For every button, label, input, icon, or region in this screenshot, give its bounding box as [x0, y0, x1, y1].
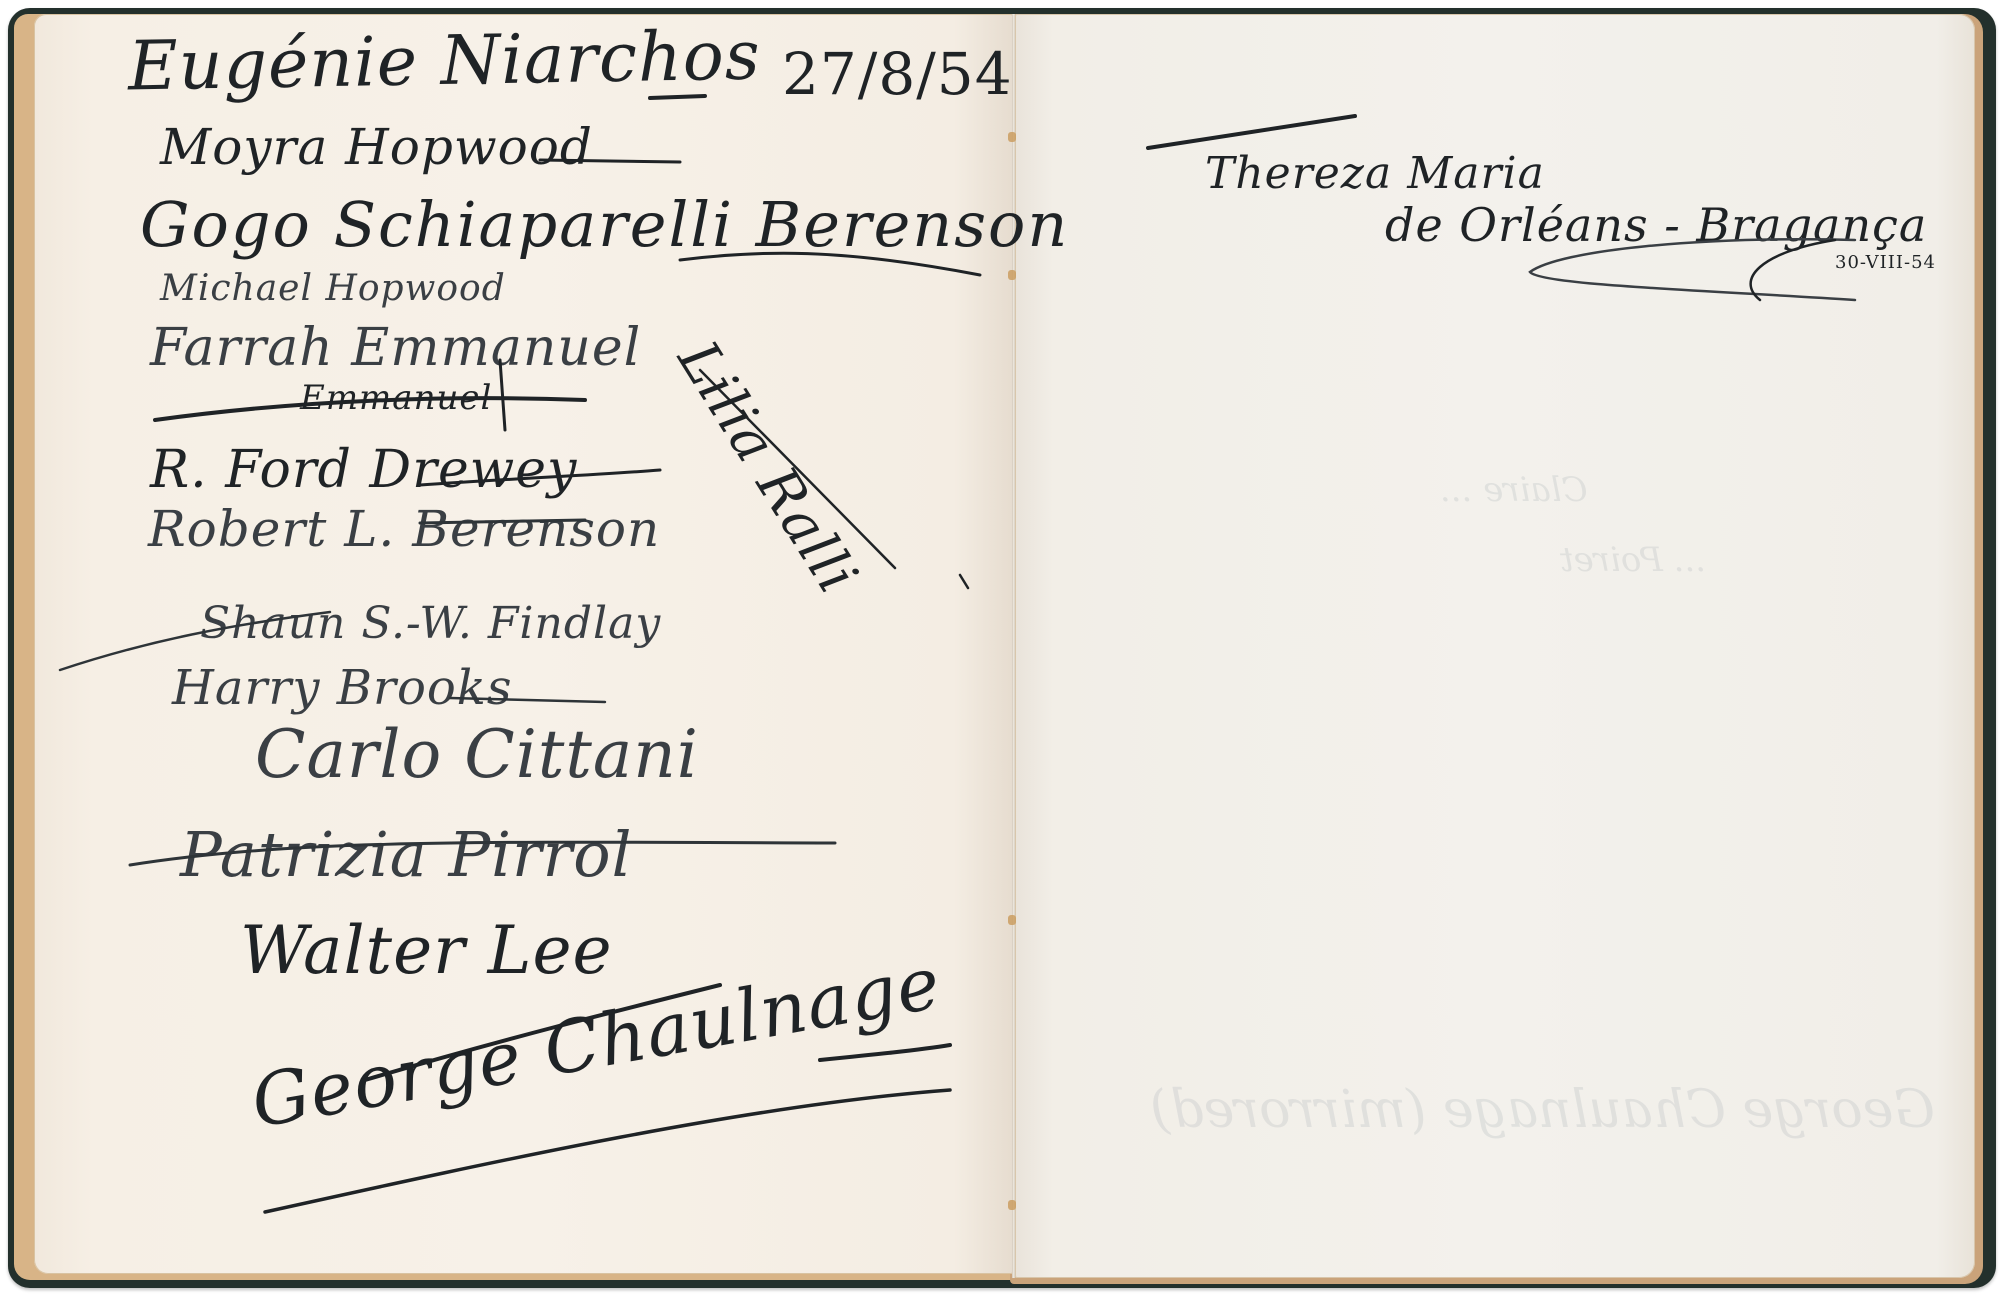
- signature: Gogo Schiaparelli Berenson: [140, 188, 1069, 261]
- show-through-text: George Chaulnage (mirrored): [1150, 1080, 1935, 1140]
- binding-stitch: [1008, 1200, 1016, 1210]
- signature: Patrizia Pirrol: [180, 818, 632, 891]
- binding-stitch: [1008, 132, 1016, 142]
- show-through-text: Claire ...: [1440, 470, 1588, 510]
- signature: Shaun S.-W. Findlay: [200, 598, 661, 649]
- signature: de Orléans - Bragança: [1385, 198, 1927, 252]
- signature: R. Ford Drewey: [150, 440, 577, 500]
- binding-stitch: [1008, 915, 1016, 925]
- signature-date: 30-VIII-54: [1835, 252, 1936, 273]
- signature: Carlo Cittani: [255, 716, 699, 793]
- signature: Michael Hopwood: [160, 268, 506, 309]
- show-through-text: ... Poiret: [1560, 540, 1706, 580]
- signature: Moyra Hopwood: [160, 118, 593, 176]
- signature: Walter Lee: [240, 912, 613, 989]
- signature: Emmanuel: [300, 378, 492, 418]
- signature: Eugénie Niarchos: [127, 16, 761, 106]
- binding-stitch: [1008, 270, 1016, 280]
- signature-date: 27/8/54: [782, 40, 1013, 108]
- signature: Farrah Emmanuel: [150, 318, 641, 378]
- signature: Harry Brooks: [172, 660, 512, 716]
- signature: Thereza Maria: [1205, 148, 1545, 199]
- signature: Robert L. Berenson: [148, 500, 660, 558]
